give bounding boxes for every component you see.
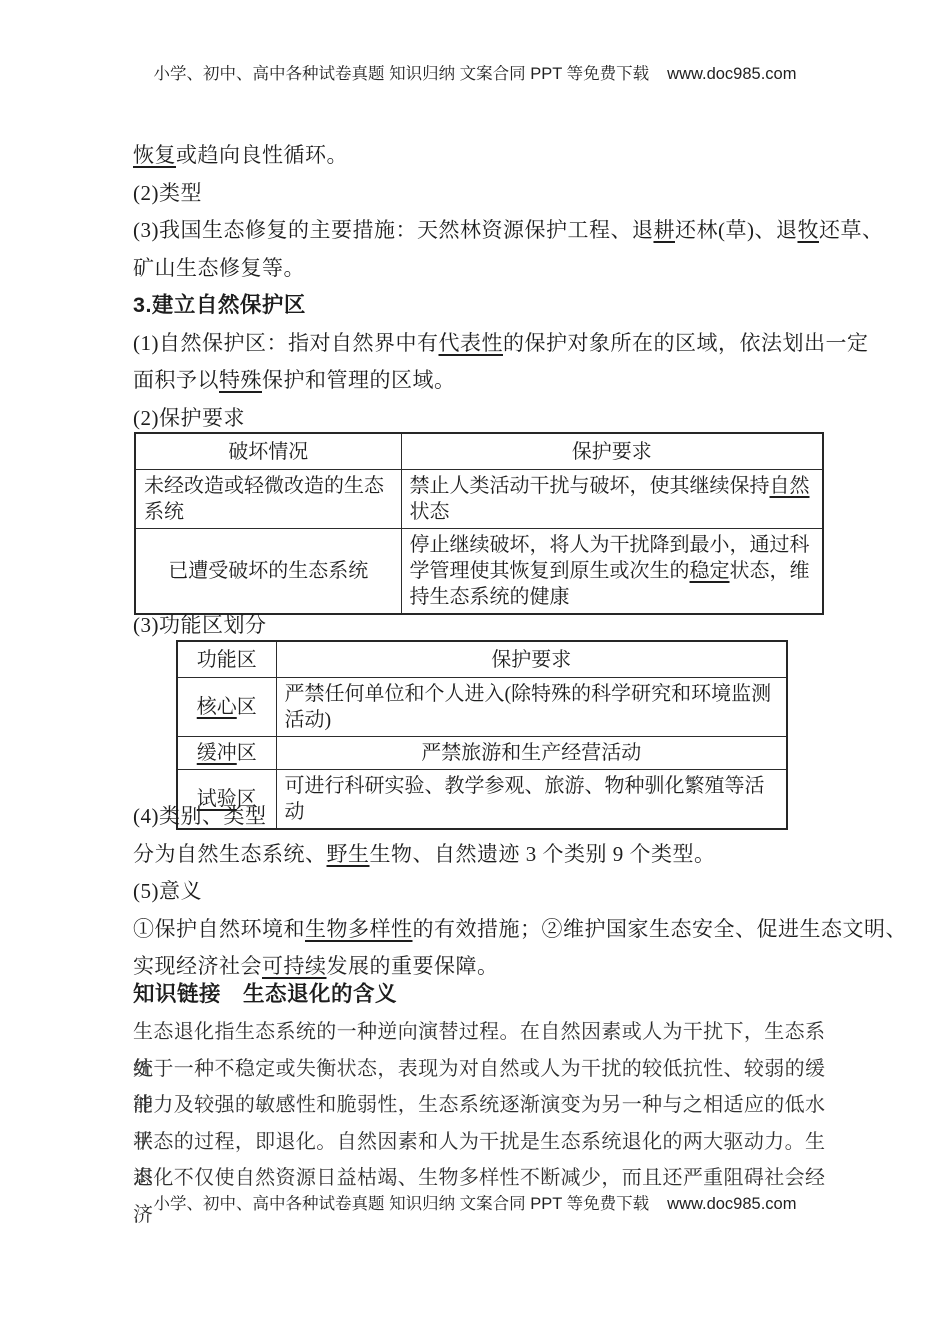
table-header-cell: 破坏情况 (135, 433, 401, 470)
text-line: 面积予以特殊保护和管理的区域。 (133, 362, 825, 400)
upper-text-block: 恢复或趋向良性循环。 (2)类型 (3)我国生态修复的主要措施：天然林资源保护工… (133, 137, 825, 437)
text-segment: ①保护自然环境和 (133, 917, 305, 941)
table-cell: 严禁旅游和生产经营活动 (276, 737, 787, 770)
table-cell: 禁止人类活动干扰与破坏，使其继续保持自然状态 (401, 470, 823, 529)
text-line: ①保护自然环境和生物多样性的有效措施；②维护国家生态安全、促进生态文明、 (133, 911, 825, 949)
text-segment: (1)自然保护区：指对自然界中有 (133, 331, 439, 355)
table-cell: 核心区 (177, 678, 276, 737)
text-line: (2)类型 (133, 175, 825, 213)
text-line: (1)自然保护区：指对自然界中有代表性的保护对象所在的区域，依法划出一定 (133, 325, 825, 363)
text-segment: 面积予以 (133, 368, 219, 392)
text-segment: 还草、 (819, 218, 884, 242)
table-cell: 未经改造或轻微改造的生态系统 (135, 470, 401, 529)
text-segment: (3)功能区划分 (133, 613, 267, 637)
underlined-term: 代表性 (439, 331, 504, 355)
text-segment: (3)我国生态修复的主要措施：天然林资源保护工程、退 (133, 218, 653, 242)
text-segment: 区 (237, 696, 257, 718)
text-segment: (2)类型 (133, 181, 202, 205)
table-row: 未经改造或轻微改造的生态系统 禁止人类活动干扰与破坏，使其继续保持自然状态 (135, 470, 823, 529)
knowledge-link-heading: 知识链接 生态退化的含义 (133, 976, 397, 1014)
text-segment: 区 (237, 742, 257, 764)
text-segment: (5)意义 (133, 879, 202, 903)
text-segment: 的有效措施；②维护国家生态安全、促进生态文明、 (413, 917, 908, 941)
text-segment: 状态 (410, 501, 450, 523)
text-segment: 严禁旅游和生产经营活动 (421, 742, 641, 764)
table-row: 已遭受破坏的生态系统 停止继续破坏，将人为干扰降到最小，通过科学管理使其恢复到原… (135, 529, 823, 615)
underlined-term: 野生 (327, 842, 370, 866)
table-header-cell: 保护要求 (401, 433, 823, 470)
table-row: 核心区 严禁任何单位和个人进入(除特殊的科学研究和环境监测活动) (177, 678, 787, 737)
table-cell: 已遭受破坏的生态系统 (135, 529, 401, 615)
text-line: (3)功能区划分 (133, 607, 267, 645)
text-line: 矿山生态修复等。 (133, 250, 825, 288)
paragraph-line: 生态退化指生态系统的一种逆向演替过程。在自然因素或人为干扰下，生态系统 (133, 1014, 825, 1051)
text-segment: 的保护对象所在的区域，依法划出一定 (503, 331, 869, 355)
text-segment: 还林(草)、退 (675, 218, 798, 242)
section-heading: 3.建立自然保护区 (133, 287, 825, 325)
text-segment: 分为自然生态系统、 (133, 842, 327, 866)
underlined-term: 牧 (797, 218, 819, 242)
underlined-term: 耕 (653, 218, 675, 242)
table-header-row: 破坏情况 保护要求 (135, 433, 823, 470)
table-cell: 缓冲区 (177, 737, 276, 770)
text-segment: 严禁任何单位和个人进入(除特殊的科学研究和环境监测活动) (285, 683, 772, 731)
text-segment: 矿山生态修复等。 (133, 256, 305, 280)
text-segment: 已遭受破坏的生态系统 (168, 560, 368, 582)
banner-text: 小学、初中、高中各种试卷真题 知识归纳 文案合同 PPT 等免费下载 (154, 65, 650, 83)
text-line: (4)类别、类型 (133, 798, 825, 836)
underlined-term: 自然 (770, 475, 810, 497)
table-cell: 停止继续破坏，将人为干扰降到最小，通过科学管理使其恢复到原生或次生的稳定状态，维… (401, 529, 823, 615)
document-page: 小学、初中、高中各种试卷真题 知识归纳 文案合同 PPT 等免费下载www.do… (0, 0, 950, 1344)
underlined-term: 稳定 (690, 560, 730, 582)
underlined-term: 生物多样性 (305, 917, 413, 941)
table-row: 缓冲区 严禁旅游和生产经营活动 (177, 737, 787, 770)
protection-requirements-table: 破坏情况 保护要求 未经改造或轻微改造的生态系统 禁止人类活动干扰与破坏，使其继… (134, 432, 824, 615)
text-segment: 保护和管理的区域。 (262, 368, 456, 392)
text-line: 分为自然生态系统、野生生物、自然遗迹 3 个类别 9 个类型。 (133, 836, 825, 874)
text-line: (3)我国生态修复的主要措施：天然林资源保护工程、退耕还林(草)、退牧还草、 (133, 212, 825, 250)
paragraph-line: 能力及较强的敏感性和脆弱性，生态系统逐渐演变为另一种与之相适应的低水平 (133, 1087, 825, 1124)
paragraph-line: 状态的过程，即退化。自然因素和人为干扰是生态系统退化的两大驱动力。生态 (133, 1124, 825, 1161)
text-line: 恢复或趋向良性循环。 (133, 137, 825, 175)
underlined-term: 可持续 (262, 954, 327, 978)
site-banner-bottom: 小学、初中、高中各种试卷真题 知识归纳 文案合同 PPT 等免费下载www.do… (0, 1194, 950, 1214)
table-header-cell: 保护要求 (276, 641, 787, 678)
text-segment: (4)类别、类型 (133, 804, 267, 828)
text-segment: 生物、自然遗迹 3 个类别 9 个类型。 (370, 842, 716, 866)
underlined-term: 核心 (197, 696, 237, 718)
banner-text: 小学、初中、高中各种试卷真题 知识归纳 文案合同 PPT 等免费下载 (154, 1195, 650, 1213)
text-line: (5)意义 (133, 873, 825, 911)
text-segment: 或趋向良性循环。 (176, 143, 348, 167)
text-segment: 3.建立自然保护区 (133, 293, 306, 317)
paragraph-line: 处于一种不稳定或失衡状态，表现为对自然或人为干扰的较低抗性、较弱的缓冲 (133, 1051, 825, 1088)
text-segment: 禁止人类活动干扰与破坏，使其继续保持 (410, 475, 770, 497)
text-segment: (2)保护要求 (133, 406, 245, 430)
underlined-term: 恢复 (133, 143, 176, 167)
middle-text-block: (4)类别、类型 分为自然生态系统、野生生物、自然遗迹 3 个类别 9 个类型。… (133, 798, 825, 986)
text-segment: 未经改造或轻微改造的生态系统 (144, 475, 384, 523)
protection-requirements-table-grid: 破坏情况 保护要求 未经改造或轻微改造的生态系统 禁止人类活动干扰与破坏，使其继… (134, 432, 824, 615)
knowledge-link-paragraph: 生态退化指生态系统的一种逆向演替过程。在自然因素或人为干扰下，生态系统 处于一种… (133, 1014, 825, 1197)
text-segment: 实现经济社会 (133, 954, 262, 978)
paragraph-line: 退化不仅使自然资源日益枯竭、生物多样性不断减少，而且还严重阻碍社会经济 (133, 1160, 825, 1197)
underlined-term: 特殊 (219, 368, 262, 392)
table-header-row: 功能区 保护要求 (177, 641, 787, 678)
text-segment: 发展的重要保障。 (327, 954, 499, 978)
banner-url: www.doc985.com (667, 65, 796, 83)
banner-url: www.doc985.com (667, 1195, 796, 1213)
site-banner-top: 小学、初中、高中各种试卷真题 知识归纳 文案合同 PPT 等免费下载www.do… (0, 64, 950, 84)
table-cell: 严禁任何单位和个人进入(除特殊的科学研究和环境监测活动) (276, 678, 787, 737)
underlined-term: 缓冲 (197, 742, 237, 764)
table-header-cell: 功能区 (177, 641, 276, 678)
